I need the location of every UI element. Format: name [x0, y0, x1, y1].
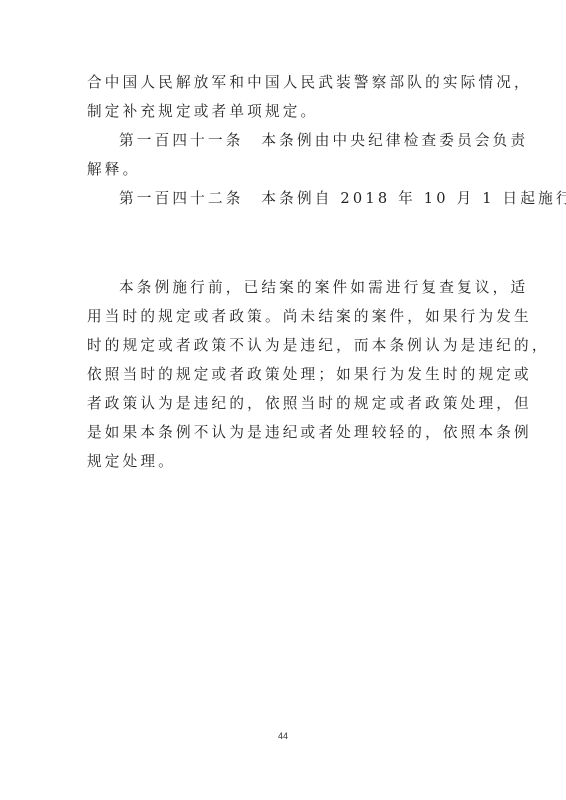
- paragraph-line: 制定补充规定或者单项规定。: [87, 102, 318, 122]
- transitional-line: 本条例施行前，已结案的案件如需进行复查复议，适: [119, 278, 528, 298]
- transitional-line: 用当时的规定或者政策。尚未结案的案件，如果行为发生: [87, 307, 532, 327]
- transitional-line: 时的规定或者政策不认为是违纪，而本条例认为是违纪的，: [87, 336, 550, 356]
- document-page: 合中国人民解放军和中国人民武装警察部队的实际情况， 制定补充规定或者单项规定。 …: [0, 0, 566, 800]
- article-141-line: 解释。: [87, 160, 140, 180]
- article-142-line: 第一百四十二条 本条例自 2018 年 10 月 1 日起施行。: [119, 189, 566, 209]
- paragraph-line: 合中国人民解放军和中国人民武装警察部队的实际情况，: [87, 73, 532, 93]
- page-number: 44: [0, 731, 566, 741]
- transitional-line: 规定处理。: [87, 452, 176, 472]
- transitional-line: 依照当时的规定或者政策处理；如果行为发生时的规定或: [87, 365, 532, 385]
- transitional-line: 者政策认为是违纪的，依照当时的规定或者政策处理，但: [87, 394, 532, 414]
- transitional-line: 是如果本条例不认为是违纪或者处理较轻的，依照本条例: [87, 423, 532, 443]
- article-141-line: 第一百四十一条 本条例由中央纪律检查委员会负责: [119, 131, 528, 151]
